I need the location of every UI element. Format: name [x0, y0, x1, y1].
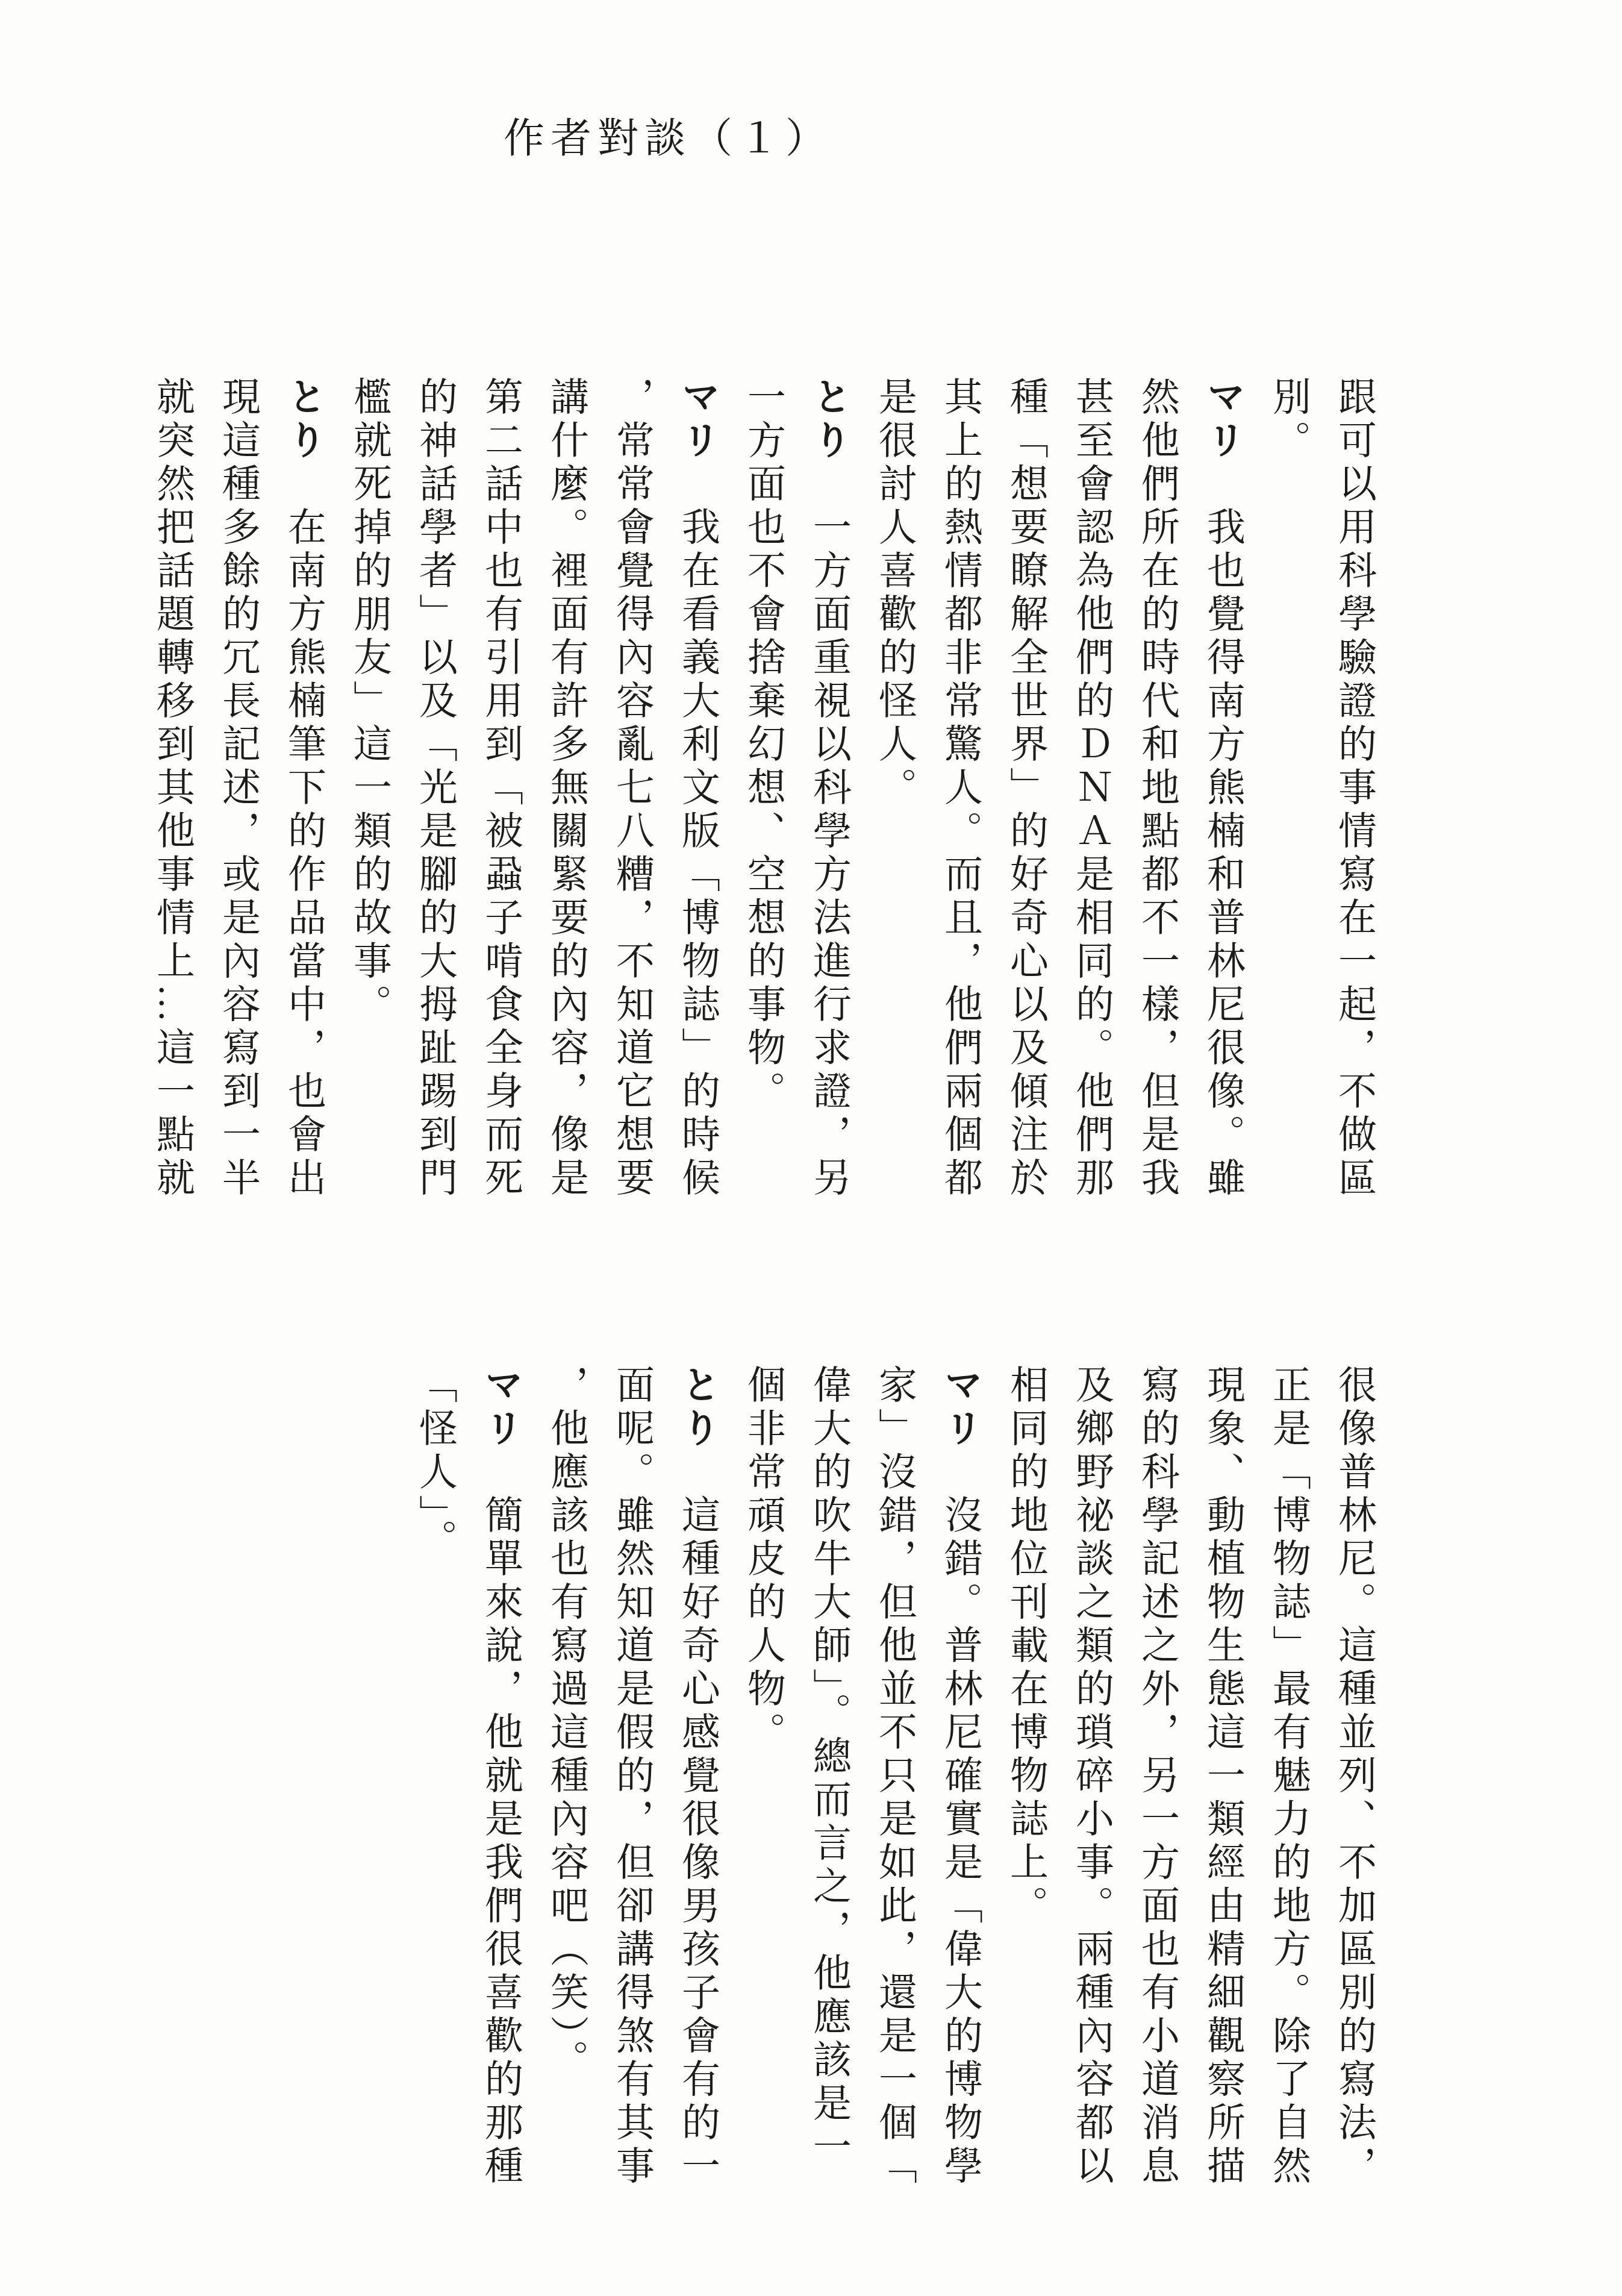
dialogue-line: 面呢。雖然知道是假的，但卻講得煞有其事: [599, 1365, 665, 2250]
dialogue-line: 「怪人」。: [402, 1365, 468, 2250]
line-text: 檻就死掉的朋友」這一類的故事。: [348, 377, 391, 1027]
line-text: 第二話中也有引用到「被蝨子啃食全身而死: [479, 377, 522, 1201]
line-text: 是很討人喜歡的怪人。: [873, 377, 916, 810]
line-text: 簡單來說，他就是我們很喜歡的那種: [479, 1451, 522, 2189]
line-text: 正是「博物誌」最有魅力的地方。除了自然: [1267, 1365, 1310, 2189]
dialogue-line: 個非常頑皮的人物。: [731, 1365, 796, 2250]
line-text: 甚至會認為他們的ＤＮＡ是相同的。他們那: [1070, 377, 1113, 1201]
line-text: 講什麼。裡面有許多無關緊要的內容，像是: [545, 377, 588, 1201]
line-text: 個非常頑皮的人物。: [742, 1365, 785, 1755]
dialogue-block-top: 跟可以用科學驗證的事情寫在一起，不做區別。マリ 我也覺得南方熊楠和普林尼很像。雖…: [140, 377, 1387, 1262]
line-text: 就突然把話題轉移到其他事情上…這一點就: [151, 377, 194, 1201]
speaker-name: とり: [282, 377, 325, 463]
line-text: 種「想要瞭解全世界」的好奇心以及傾注於: [1005, 377, 1047, 1201]
dialogue-line: 檻就死掉的朋友」這一類的故事。: [337, 377, 402, 1262]
dialogue-line: 甚至會認為他們的ＤＮＡ是相同的。他們那: [1059, 377, 1124, 1262]
dialogue-line: 別。: [1256, 377, 1321, 1262]
line-text: 很像普林尼。這種並列、不加區別的寫法，: [1333, 1365, 1376, 2189]
line-text: 我也覺得南方熊楠和普林尼很像。雖: [1202, 463, 1244, 1201]
line-text: 一方面也不會捨棄幻想、空想的事物。: [742, 377, 785, 1114]
line-text: 相同的地位刊載在博物誌上。: [1005, 1365, 1047, 1928]
dialogue-line: 寫的科學記述之外，另一方面也有小道消息: [1124, 1365, 1190, 2250]
dialogue-line: 一方面也不會捨棄幻想、空想的事物。: [731, 377, 796, 1262]
line-text: 跟可以用科學驗證的事情寫在一起，不做區: [1333, 377, 1376, 1201]
dialogue-line: 偉大的吹牛大師」。總而言之，他應該是一: [796, 1365, 862, 2250]
line-text: ，常常會覺得內容亂七八糟，不知道它想要: [611, 377, 653, 1201]
dialogue-line: 及鄉野祕談之類的瑣碎小事。兩種內容都以: [1059, 1365, 1124, 2250]
line-text: ，他應該也有寫過這種內容吧（笑）。: [545, 1365, 588, 2083]
dialogue-line: 很像普林尼。這種並列、不加區別的寫法，: [1321, 1365, 1387, 2250]
line-text: 現象、動植物生態這一類經由精細觀察所描: [1202, 1365, 1244, 2189]
line-text: 然他們所在的時代和地點都不一樣，但是我: [1136, 377, 1179, 1201]
dialogue-line: 是很討人喜歡的怪人。: [862, 377, 928, 1262]
dialogue-line: 就突然把話題轉移到其他事情上…這一點就: [140, 377, 205, 1262]
dialogue-line: マリ 沒錯。普林尼確實是「偉大的博物學: [928, 1365, 993, 2250]
dialogue-line: ，他應該也有寫過這種內容吧（笑）。: [534, 1365, 599, 2250]
dialogue-line: マリ 我在看義大利文版「博物誌」的時候: [665, 377, 731, 1262]
dialogue-line: とり 這種好奇心感覺很像男孩子會有的一: [665, 1365, 731, 2250]
line-text: 在南方熊楠筆下的作品當中，也會出: [282, 463, 325, 1201]
speaker-name: とり: [808, 377, 850, 463]
speaker-name: マリ: [676, 377, 719, 463]
dialogue-line: 跟可以用科學驗證的事情寫在一起，不做區: [1321, 377, 1387, 1262]
line-text: 我在看義大利文版「博物誌」的時候: [676, 463, 719, 1201]
line-text: 及鄉野祕談之類的瑣碎小事。兩種內容都以: [1070, 1365, 1113, 2189]
speaker-name: マリ: [1202, 377, 1244, 463]
line-text: 偉大的吹牛大師」。總而言之，他應該是一: [808, 1365, 850, 2169]
dialogue-line: 家」沒錯，但他並不只是如此，還是一個「: [862, 1365, 928, 2250]
line-text: 其上的熱情都非常驚人。而且，他們兩個都: [939, 377, 982, 1201]
line-text: 別。: [1267, 377, 1310, 463]
line-text: 這種好奇心感覺很像男孩子會有的一: [676, 1451, 719, 2189]
line-text: 的神話學者」以及「光是腳的大拇趾踢到門: [414, 377, 457, 1201]
line-text: 寫的科學記述之外，另一方面也有小道消息: [1136, 1365, 1179, 2189]
dialogue-line: 講什麼。裡面有許多無關緊要的內容，像是: [534, 377, 599, 1262]
speaker-name: とり: [676, 1365, 719, 1451]
line-text: 一方面重視以科學方法進行求證，另: [808, 463, 850, 1201]
line-text: 面呢。雖然知道是假的，但卻講得煞有其事: [611, 1365, 653, 2189]
line-text: 家」沒錯，但他並不只是如此，還是一個「: [873, 1365, 916, 2189]
dialogue-line: とり 在南方熊楠筆下的作品當中，也會出: [271, 377, 337, 1262]
book-page: 作者對談（１） 跟可以用科學驗證的事情寫在一起，不做區別。マリ 我也覺得南方熊楠…: [0, 0, 1622, 2296]
dialogue-line: 現象、動植物生態這一類經由精細觀察所描: [1190, 1365, 1256, 2250]
line-text: 現這種多餘的冗長記述，或是內容寫到一半: [217, 377, 260, 1201]
dialogue-line: とり 一方面重視以科學方法進行求證，另: [796, 377, 862, 1262]
dialogue-line: ，常常會覺得內容亂七八糟，不知道它想要: [599, 377, 665, 1262]
dialogue-block-bottom: 很像普林尼。這種並列、不加區別的寫法，正是「博物誌」最有魅力的地方。除了自然現象…: [402, 1365, 1387, 2250]
dialogue-line: マリ 我也覺得南方熊楠和普林尼很像。雖: [1190, 377, 1256, 1262]
speaker-name: マリ: [479, 1365, 522, 1451]
dialogue-line: 相同的地位刊載在博物誌上。: [993, 1365, 1059, 2250]
page-title: 作者對談（１）: [504, 106, 832, 164]
dialogue-line: 的神話學者」以及「光是腳的大拇趾踢到門: [402, 377, 468, 1262]
speaker-name: マリ: [939, 1365, 982, 1451]
line-text: 沒錯。普林尼確實是「偉大的博物學: [939, 1451, 982, 2189]
dialogue-line: 其上的熱情都非常驚人。而且，他們兩個都: [928, 377, 993, 1262]
dialogue-line: 種「想要瞭解全世界」的好奇心以及傾注於: [993, 377, 1059, 1262]
line-text: 「怪人」。: [414, 1365, 457, 1562]
dialogue-line: 第二話中也有引用到「被蝨子啃食全身而死: [468, 377, 534, 1262]
dialogue-line: 現這種多餘的冗長記述，或是內容寫到一半: [205, 377, 271, 1262]
dialogue-line: マリ 簡單來說，他就是我們很喜歡的那種: [468, 1365, 534, 2250]
dialogue-line: 正是「博物誌」最有魅力的地方。除了自然: [1256, 1365, 1321, 2250]
dialogue-line: 然他們所在的時代和地點都不一樣，但是我: [1124, 377, 1190, 1262]
